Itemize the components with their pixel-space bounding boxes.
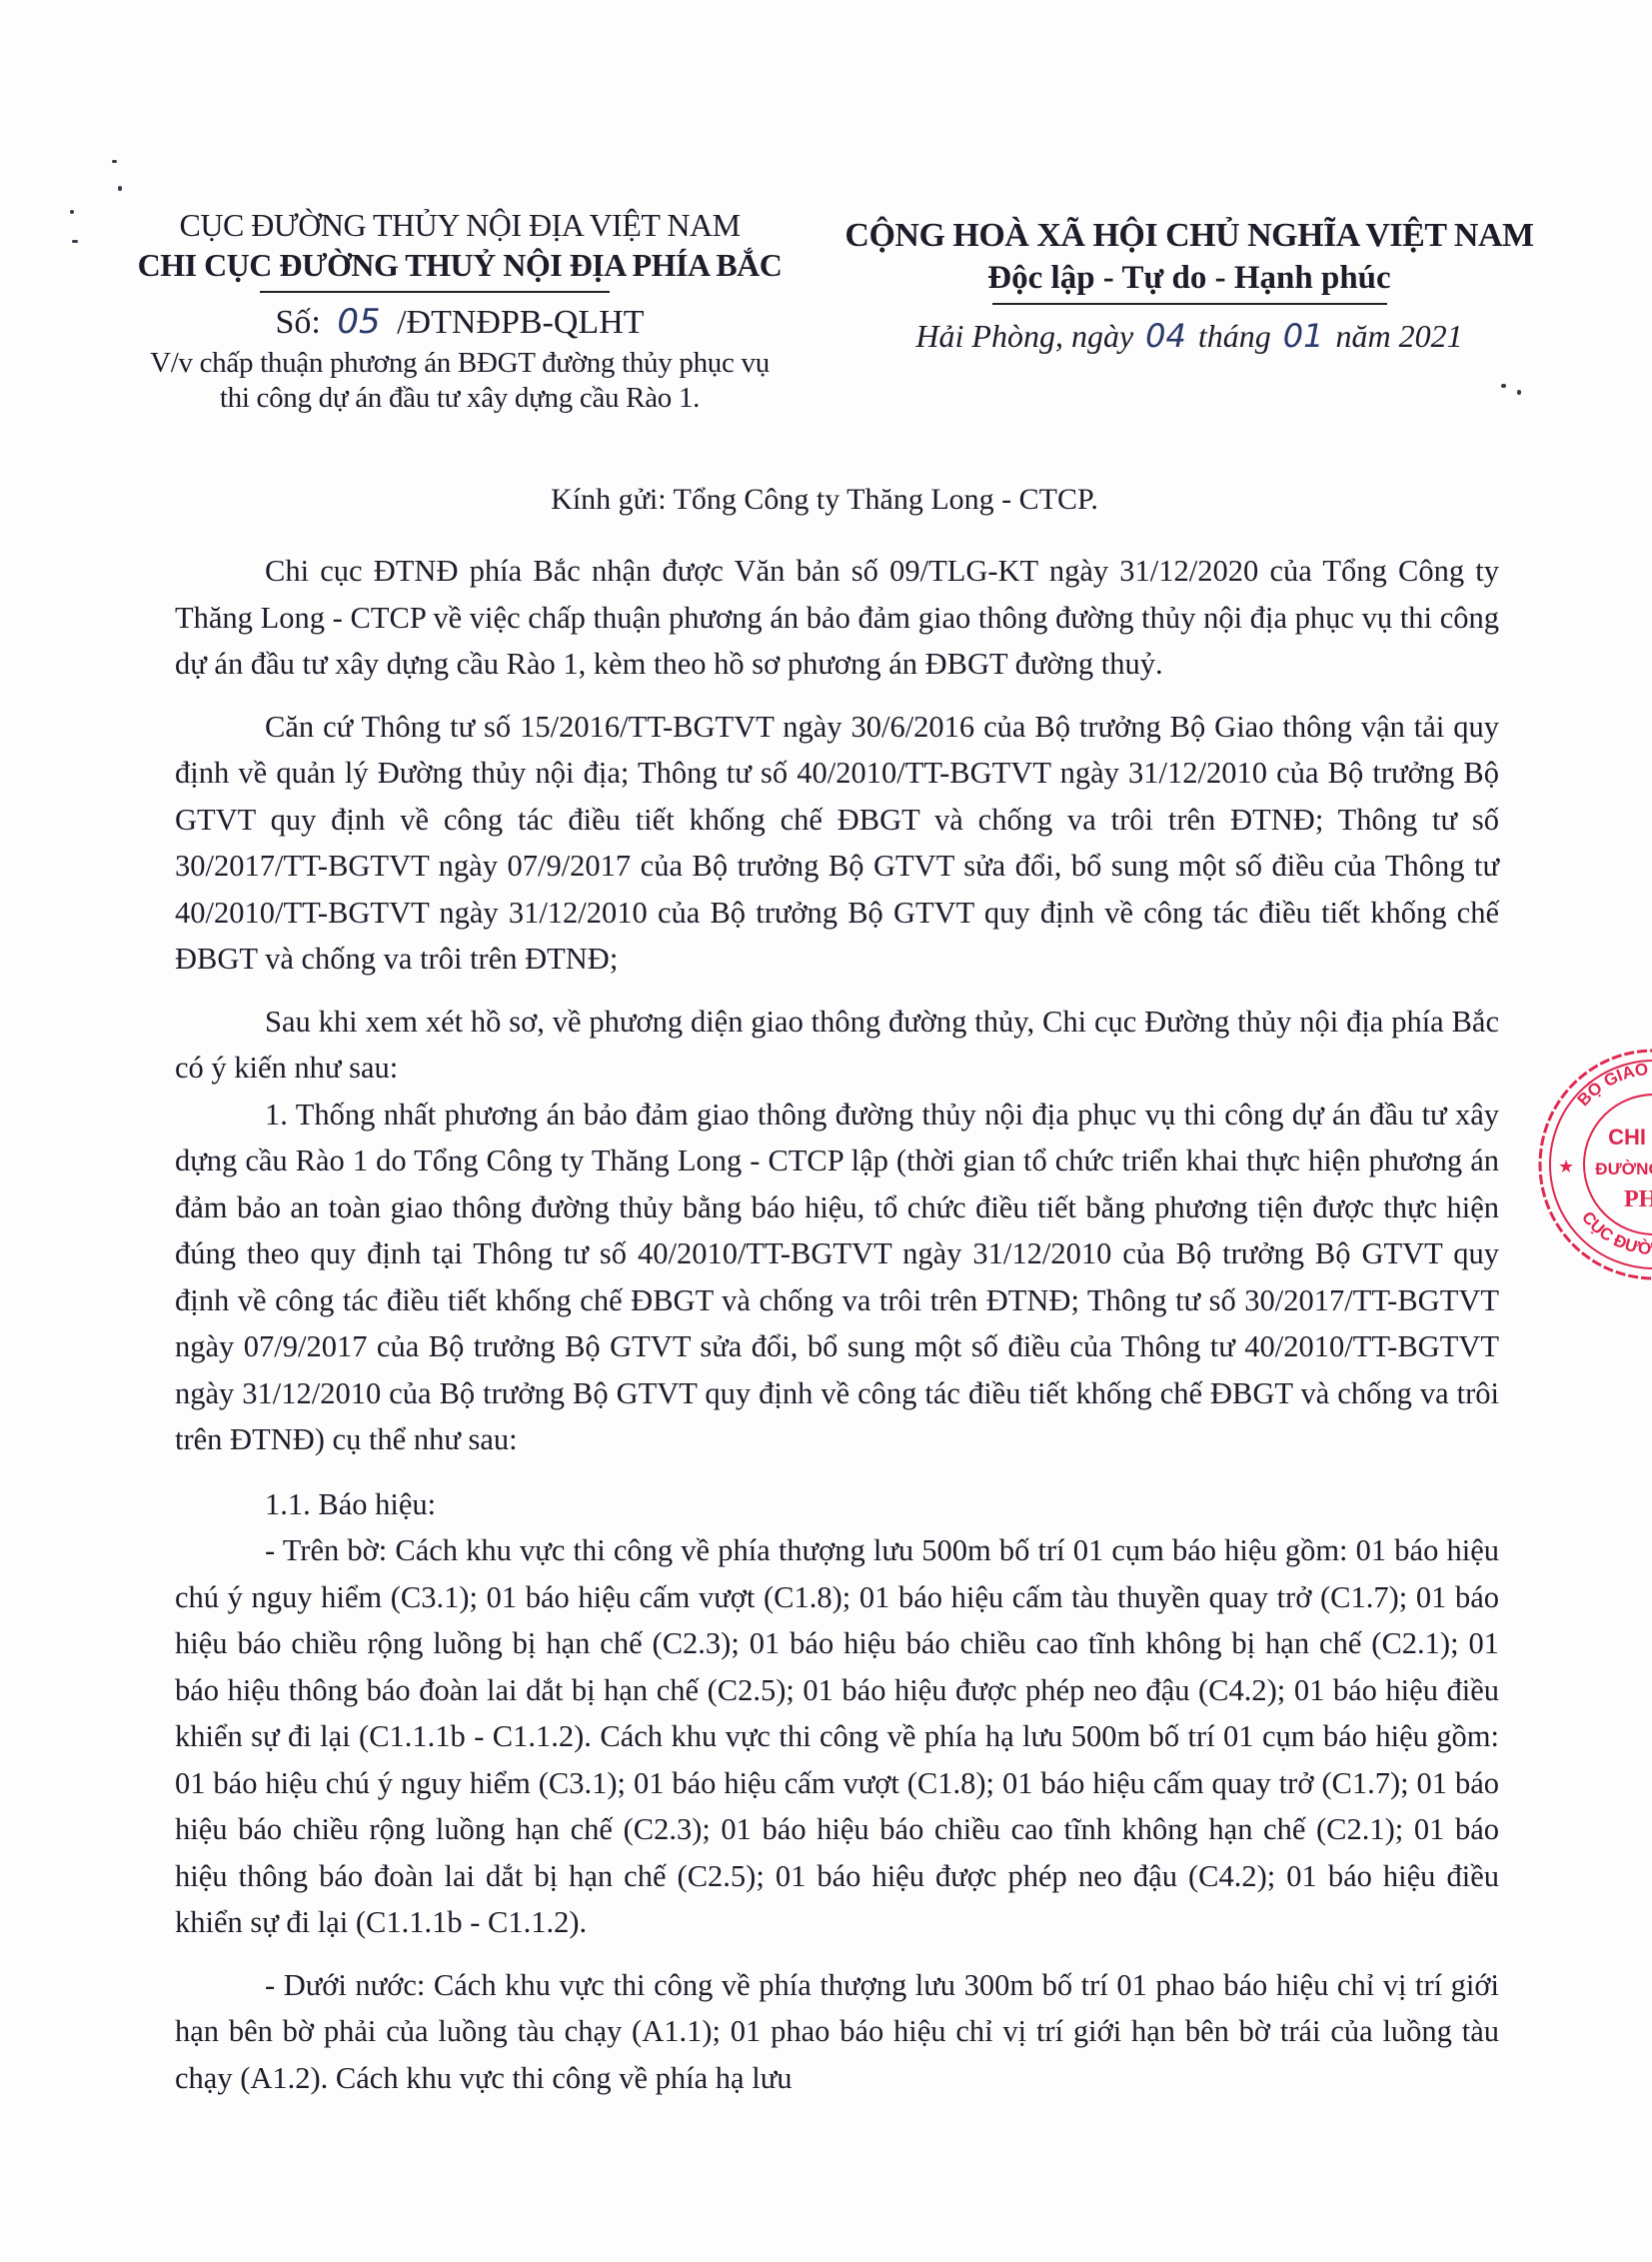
place-date: Hải Phòng, ngày 04 tháng 01 năm 2021 xyxy=(829,313,1549,359)
scan-speck xyxy=(1517,390,1521,395)
seal-outer-top: BỘ GIAO THÔNG xyxy=(1574,1060,1652,1110)
year-label: năm xyxy=(1335,318,1390,354)
seal-star-icon: ★ xyxy=(1558,1156,1574,1176)
seal-inner-3: PHÍA xyxy=(1624,1186,1652,1212)
motto-underline xyxy=(992,303,1387,305)
date-year: 2021 xyxy=(1399,318,1463,354)
place-prefix: Hải Phòng, ngày xyxy=(915,318,1133,354)
header-underline xyxy=(260,291,610,293)
paragraph-review: Sau khi xem xét hồ sơ, về phương diện gi… xyxy=(175,999,1499,1092)
official-seal: BỘ GIAO THÔNG CỤC ĐƯỜNG THỦY ★ CHI CỤC Đ… xyxy=(1534,1045,1652,1284)
scan-speck xyxy=(70,210,74,214)
agency-name: CHI CỤC ĐƯỜNG THUỶ NỘI ĐỊA PHÍA BẮC xyxy=(100,245,820,285)
paragraph-signals-heading: 1.1. Báo hiệu: xyxy=(175,1481,1499,1528)
nation-title: CỘNG HOÀ XÃ HỘI CHỦ NGHĨA VIỆT NAM xyxy=(829,215,1549,257)
scan-speck xyxy=(118,186,122,191)
scan-speck xyxy=(1501,384,1506,388)
seal-inner-1: CHI CỤC xyxy=(1608,1125,1652,1149)
document-number: Số: 05 /ĐTNĐPB-QLHT xyxy=(100,299,820,346)
document-page: CỤC ĐƯỜNG THỦY NỘI ĐỊA VIỆT NAM CHI CỤC … xyxy=(0,0,1652,2262)
month-label: tháng xyxy=(1198,318,1271,354)
document-body: Chi cục ĐTNĐ phía Bắc nhận được Văn bản … xyxy=(175,548,1499,2101)
number-suffix: /ĐTNĐPB-QLHT xyxy=(397,304,644,341)
paragraph-legal-basis: Căn cứ Thông tư số 15/2016/TT-BGTVT ngày… xyxy=(175,704,1499,983)
date-month: 01 xyxy=(1279,317,1328,355)
subject-line-1: V/v chấp thuận phương án BĐGT đường thủy… xyxy=(100,346,820,381)
number-handwritten: 05 xyxy=(329,302,388,342)
date-day: 04 xyxy=(1141,317,1190,355)
seal-inner-2: ĐƯỜNG THỦY xyxy=(1595,1159,1652,1178)
number-prefix: Số: xyxy=(275,304,320,341)
motto: Độc lập - Tự do - Hạnh phúc xyxy=(829,257,1549,299)
paragraph-receipt: Chi cục ĐTNĐ phía Bắc nhận được Văn bản … xyxy=(175,548,1499,688)
paragraph-on-shore: - Trên bờ: Cách khu vực thi công về phía… xyxy=(175,1527,1499,1946)
paragraph-underwater: - Dưới nước: Cách khu vực thi công về ph… xyxy=(175,1962,1499,2102)
parent-agency: CỤC ĐƯỜNG THỦY NỘI ĐỊA VIỆT NAM xyxy=(100,205,820,245)
issuer-header: CỤC ĐƯỜNG THỦY NỘI ĐỊA VIỆT NAM CHI CỤC … xyxy=(100,205,820,416)
national-header: CỘNG HOÀ XÃ HỘI CHỦ NGHĨA VIỆT NAM Độc l… xyxy=(829,215,1549,359)
paragraph-item-1: 1. Thống nhất phương án bảo đảm giao thô… xyxy=(175,1092,1499,1463)
svg-text:BỘ GIAO THÔNG: BỘ GIAO THÔNG xyxy=(1574,1060,1652,1110)
subject-line-2: thi công dự án đầu tư xây dựng cầu Rào 1… xyxy=(100,381,820,416)
scan-speck xyxy=(112,160,117,163)
recipient-line: Kính gửi: Tổng Công ty Thăng Long - CTCP… xyxy=(100,480,1549,520)
scan-speck xyxy=(72,240,78,243)
